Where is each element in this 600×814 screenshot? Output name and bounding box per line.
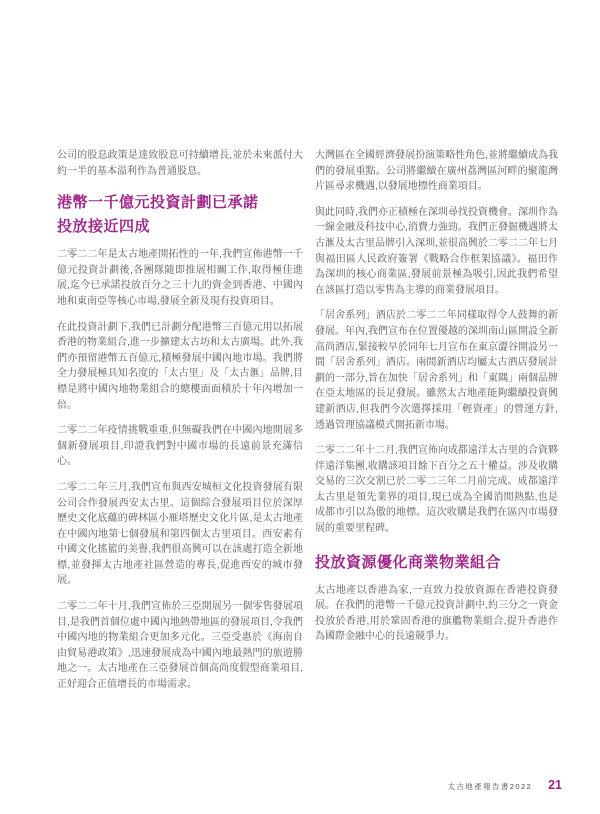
paragraph-investment-plan-progress: 二零二二年是太古地產開拓性的一年,我們宣佈港幣一千億元投資計劃後,各團隊隨即推展…: [57, 247, 303, 309]
paragraph-greater-bay-area: 大灣區在全國經濟發展扮演策略性角色,並將繼續成為我們的發展重點。公司將繼續在廣州…: [315, 148, 558, 195]
paragraph-hongkong-commitment: 太古地產以香港為家,一直致力投放資源在香港投資發展。在我們的港幣一千億元投資計劃…: [315, 583, 558, 645]
heading-line-2: 投放接近四成: [57, 215, 303, 239]
paragraph-house-collective-hotels: 「居舍系列」酒店於二零二二年同樣取得令人鼓舞的新發展。年內,我們宣布在位置優越的…: [315, 308, 558, 433]
paragraph-chengdu-acquisition: 二零二二年十二月,我們宣佈向成都遠洋太古里的合資夥伴遠洋集團,收購該項目餘下百分…: [315, 443, 558, 537]
paragraph-sanya-project: 二零二二年十月,我們宣佈於三亞開展另一個零售發展項目,是我們首個位處中國內地熱帶…: [57, 599, 303, 693]
paragraph-pandemic-confidence: 二零二二年疫情挑戰重重,但無礙我們在中國內地開展多個新發展項目,印證我們對中國市…: [57, 423, 303, 470]
section-heading-commercial-portfolio: 投放資源優化商業物業組合: [315, 551, 558, 575]
paragraph-capital-allocation: 在此投資計劃下,我們已計劃分配港幣三百億元用以拓展香港的物業組合,進一步擴建太古…: [57, 320, 303, 414]
paragraph-dividend-policy: 公司的股息政策是達致股息可持續增長,並於未來派付大約一半的基本溢利作為普通股息。: [57, 148, 303, 179]
paragraph-shenzhen-opportunities: 與此同時,我們亦正積極在深圳尋找投資機會。深圳作為一線金融及科技中心,消費力強勁…: [315, 205, 558, 299]
section-heading-investment-plan: 港幣一千億元投資計劃已承諾 投放接近四成: [57, 191, 303, 239]
paragraph-xian-taikoo-li: 二零二二年三月,我們宣布與西安城桓文化投資發展有限公司合作發展西安太古里。這個綜…: [57, 480, 303, 589]
page-footer: 太古地產報告書2022 21: [448, 778, 563, 792]
report-title: 太古地產報告書2022: [448, 781, 533, 792]
page-number: 21: [548, 778, 562, 792]
heading-line-1: 港幣一千億元投資計劃已承諾: [57, 191, 303, 215]
right-column: 大灣區在全國經濟發展扮演策略性角色,並將繼續成為我們的發展重點。公司將繼續在廣州…: [315, 148, 558, 655]
report-page: 公司的股息政策是達致股息可持續增長,並於未來派付大約一半的基本溢利作為普通股息。…: [0, 0, 600, 814]
left-column: 公司的股息政策是達致股息可持續增長,並於未來派付大約一半的基本溢利作為普通股息。…: [57, 148, 303, 703]
